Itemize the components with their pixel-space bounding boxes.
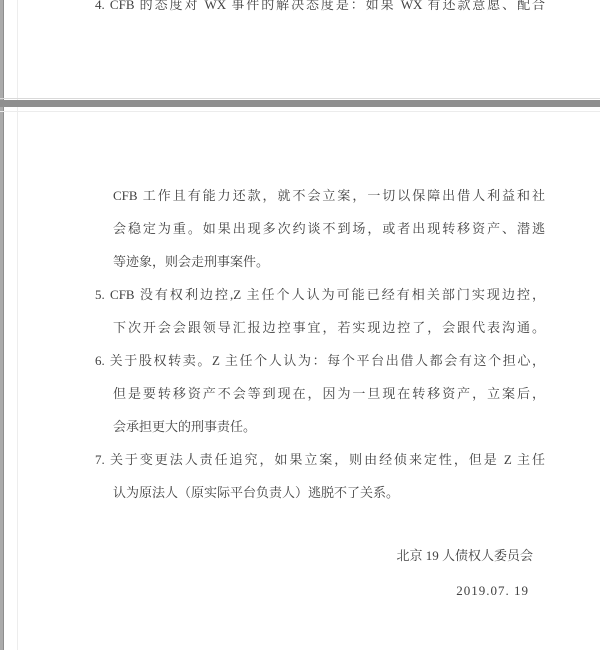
- prev-page-clipped-text: 4. CFB 的态度对 WX 事件的解决态度是：如果 WX 有还款意愿、配合: [95, 0, 545, 12]
- item7-line: 7. 关于变更法人责任追究，如果立案，则由经侦来定性，但是 Z 主任: [95, 443, 545, 476]
- page-bottom-edge-line: [0, 98, 600, 99]
- page-top-edge-line: [0, 111, 600, 112]
- item6-line: 但是要转移资产不会等到现在，因为一旦现在转移资产，立案后，: [113, 377, 545, 410]
- item5-line: 5. CFB 没有权利边控,Z 主任个人认为可能已经有相关部门实现边控，: [95, 278, 545, 311]
- item4-continuation-line: 会稳定为重。如果出现多次约谈不到场，或者出现转移资产、潜逃: [113, 212, 545, 245]
- page-separator-bar: [0, 100, 600, 107]
- item4-continuation-line: CFB 工作且有能力还款，就不会立案，一切以保障出借人利益和社: [113, 179, 545, 212]
- item5-line: 下次开会会跟领导汇报边控事宜，若实现边控了，会跟代表沟通。: [113, 311, 545, 344]
- signature-date: 2019.07. 19: [95, 574, 545, 607]
- page-content: CFB 工作且有能力还款，就不会立案，一切以保障出借人利益和社 会稳定为重。如果…: [95, 179, 545, 607]
- item7-line: 认为原法人（原实际平台负责人）逃脱不了关系。: [113, 476, 545, 509]
- prev-page-last-line: 4. CFB 的态度对 WX 事件的解决态度是：如果 WX 有还款意愿、配合: [95, 0, 545, 12]
- item4-continuation-line: 等迹象，则会走刑事案件。: [113, 245, 545, 278]
- item6-line: 6. 关于股权转卖。Z 主任个人认为：每个平台出借人都会有这个担心，: [95, 344, 545, 377]
- signature-committee: 北京 19 人债权人委员会: [95, 539, 545, 572]
- document-viewer: 4. CFB 的态度对 WX 事件的解决态度是：如果 WX 有还款意愿、配合 C…: [0, 0, 600, 650]
- item6-line: 会承担更大的刑事责任。: [113, 410, 545, 443]
